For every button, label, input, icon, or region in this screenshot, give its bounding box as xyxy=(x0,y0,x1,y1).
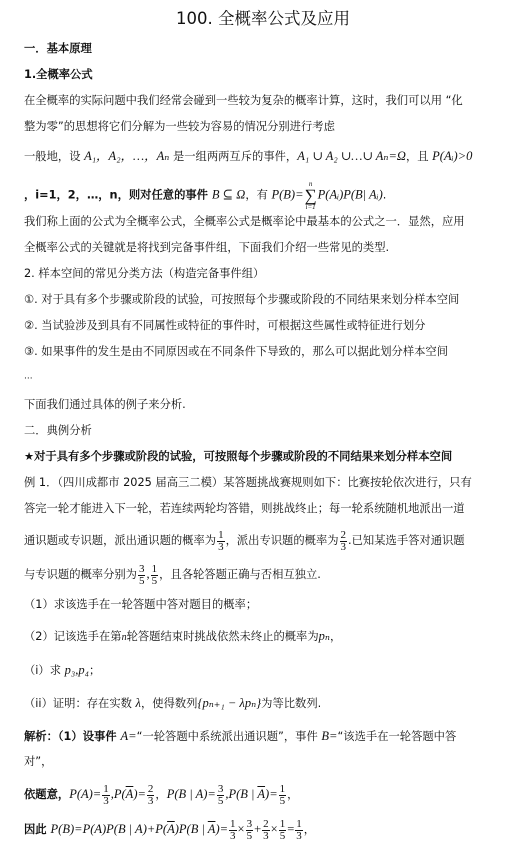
text: ，且 xyxy=(406,150,432,163)
text: ， xyxy=(287,788,298,801)
fraction: 23 xyxy=(147,784,155,807)
text: ， xyxy=(330,630,341,643)
star-heading: ★对于具有多个步骤或阶段的试验，可按照每个步骤或阶段的不同结果来划分样本空间 xyxy=(24,450,452,464)
numerator: 1 xyxy=(229,819,237,831)
solution-line-2: 对”， xyxy=(24,755,52,769)
numerator: 2 xyxy=(340,530,348,542)
denominator: 5 xyxy=(151,576,159,587)
denominator: 5 xyxy=(138,576,146,587)
subheading-total-probability: 1.全概率公式 xyxy=(24,68,93,82)
numerator: 2 xyxy=(262,819,270,831)
fraction: 35 xyxy=(246,819,254,842)
text: ，i=1，2，…，n，则对任意的事件 xyxy=(24,189,212,202)
math-event-A: A= xyxy=(121,729,137,743)
text: 依题意， xyxy=(24,788,69,801)
denominator: 3 xyxy=(217,542,225,553)
text: “一轮答题中系统派出通识题”，事件 xyxy=(137,730,322,743)
text: 是一组两两互斥的事件， xyxy=(169,150,297,163)
denominator: 3 xyxy=(295,831,303,842)
numerator: 3 xyxy=(217,784,225,796)
text: ，使得数列 xyxy=(141,697,198,710)
math-p3-p4: p₃,p₄ xyxy=(65,663,89,677)
math-A-complement: A xyxy=(167,822,175,836)
text: 与专识题的概率分别为 xyxy=(24,568,137,581)
text: .已知某选手答对通识题 xyxy=(348,534,465,547)
times: × xyxy=(238,822,245,836)
text: 为等比数列. xyxy=(261,697,321,710)
example1-line-2: 答完一轮才能进入下一轮，若连续两轮均答错，则挑战终止；每一轮系统随机地派出一道 xyxy=(24,502,465,516)
math-events: A₁，A₂，…，Aₙ xyxy=(84,149,169,163)
question-2-ii: （ii）证明：存在实数 λ，使得数列{pₙ₊₁ − λpₙ}为等比数列. xyxy=(24,696,321,711)
text: 因此 xyxy=(24,823,51,836)
math: ,P(B | xyxy=(225,787,257,801)
math-pn: pₙ xyxy=(319,629,330,643)
denominator: 3 xyxy=(262,831,270,842)
question-2: （2）记该选手在第n轮答题结束时挑战依然未终止的概率为pₙ， xyxy=(24,629,341,645)
general-statement: 一般地，设 A₁，A₂，…，Aₙ 是一组两两互斥的事件，A₁ ∪ A₂ ∪…∪ … xyxy=(24,149,472,164)
math-union: A₁ ∪ A₂ ∪…∪ Aₙ=Ω xyxy=(297,149,406,163)
fraction: 13 xyxy=(217,530,225,553)
question-1: （1）求该选手在一轮答题中答对题目的概率； xyxy=(24,598,257,612)
denominator: 3 xyxy=(229,831,237,842)
math: )= xyxy=(215,822,228,836)
fraction: 13 xyxy=(102,784,110,807)
math: ,P( xyxy=(111,787,126,801)
equals: = xyxy=(287,822,294,836)
math: )P(B | xyxy=(175,822,208,836)
transition-text: 下面我们通过具体的例子来分析. xyxy=(24,398,186,412)
numerator: 1 xyxy=(279,784,287,796)
text: “该选手在一轮答题中答 xyxy=(337,730,456,743)
text: ，派出专识题的概率为 xyxy=(226,534,339,547)
explain-line-1: 我们称上面的公式为全概率公式，全概率公式是概率论中最基本的公式之一．显然，应用 xyxy=(24,215,465,229)
text: ； xyxy=(89,664,100,677)
times: × xyxy=(271,822,278,836)
text: ，有 xyxy=(245,189,271,202)
fraction: 23 xyxy=(262,819,270,842)
math: )= xyxy=(133,787,146,801)
text: . xyxy=(383,189,387,202)
text: （2）记该选手在第 xyxy=(24,630,122,643)
method-3: ③. 如果事件的发生是由不同原因或在不同条件下导致的，那么可以据此划分样本空间 xyxy=(24,345,448,359)
solution-line-3: 依题意，P(A)=13,P(A)=23，P(B | A)=35,P(B | A)… xyxy=(24,781,298,808)
numerator: 2 xyxy=(147,784,155,796)
denominator: 5 xyxy=(217,796,225,807)
text: （ii）证明：存在实数 xyxy=(24,697,136,710)
example1-line-1: 例 1．（四川成都市 2025 届高三二模）某答题挑战赛规则如下：比赛按轮依次进… xyxy=(24,476,472,490)
numerator: 1 xyxy=(151,564,159,576)
intro-line-2: 整为零”的思想将它们分解为一些较为容易的情况分别进行考虑 xyxy=(24,120,335,134)
denominator: 3 xyxy=(147,796,155,807)
section-heading-basic-principles: 一．基本原理 xyxy=(24,42,92,56)
example1-line-3: 通识题或专识题，派出通识题的概率为13，派出专识题的概率为23.已知某选手答对通… xyxy=(24,528,465,554)
intro-line-1: 在全概率的实际问题中我们经常会碰到一些较为复杂的概率计算，这时，我们可以用 “化 xyxy=(24,94,463,108)
solution-line-4: 因此 P(B)=P(A)P(B | A)+P(A)P(B | A)=13×35+… xyxy=(24,816,315,843)
total-probability-formula: ，i=1，2，…，n，则对任意的事件 B ⊆ Ω，有 P(B)=n∑i=1P(A… xyxy=(24,180,386,211)
numerator: 3 xyxy=(138,564,146,576)
subheading-sample-space-methods: 2. 样本空间的常见分类方法（构造完备事件组） xyxy=(24,267,264,281)
fraction: 35 xyxy=(217,784,225,807)
section-heading-examples: 二．典例分析 xyxy=(24,424,92,438)
text: 轮答题结束时挑战依然未终止的概率为 xyxy=(127,630,319,643)
numerator: 1 xyxy=(217,530,225,542)
solution-line-1: 解析：（1）设事件 A=“一轮答题中系统派出通识题”，事件 B=“该选手在一轮答… xyxy=(24,729,456,744)
text: （i）求 xyxy=(24,664,65,677)
math: P(B | A)= xyxy=(167,787,216,801)
text: ，且各轮答题正确与否相互独立. xyxy=(159,568,321,581)
fraction: 13 xyxy=(295,819,303,842)
page-title: 100. 全概率公式及应用 xyxy=(0,9,526,29)
denominator: 5 xyxy=(279,831,287,842)
text: 一般地，设 xyxy=(24,150,84,163)
math: P(B)=P(A)P(B | A)+P( xyxy=(51,822,168,836)
math-sequence: {pₙ₊₁ − λpₙ} xyxy=(197,696,261,710)
explain-line-2: 全概率公式的关键就是将找到完备事件组，下面我们介绍一些常见的类型. xyxy=(24,241,389,255)
plus: + xyxy=(254,822,261,836)
numerator: 1 xyxy=(279,819,287,831)
math-event-B: B= xyxy=(321,729,337,743)
denominator: 5 xyxy=(246,831,254,842)
numerator: 1 xyxy=(102,784,110,796)
question-2-i: （i）求 p₃,p₄； xyxy=(24,663,100,678)
comma: , xyxy=(146,567,149,581)
fraction: 15 xyxy=(279,819,287,842)
example1-line-4: 与专识题的概率分别为35,15，且各轮答题正确与否相互独立. xyxy=(24,561,321,588)
fraction: 23 xyxy=(340,530,348,553)
fraction: 13 xyxy=(229,819,237,842)
method-2: ②. 当试验涉及到具有不同属性或特征的事件时，可根据这些属性或特征进行划分 xyxy=(24,319,425,333)
math: P(A)= xyxy=(69,787,101,801)
text: 通识题或专识题，派出通识题的概率为 xyxy=(24,534,216,547)
method-1: ①. 对于具有多个步骤或阶段的试验，可按照每个步骤或阶段的不同结果来划分样本空间 xyxy=(24,293,459,307)
numerator: 1 xyxy=(295,819,303,831)
math-lhs: P(B)= xyxy=(272,188,304,202)
fraction: 15 xyxy=(151,564,159,587)
denominator: 5 xyxy=(279,796,287,807)
sum-lower: i=1 xyxy=(306,203,316,211)
math: )= xyxy=(265,787,278,801)
math-subset: B ⊆ Ω xyxy=(212,188,245,202)
text: 解析：（1）设事件 xyxy=(24,730,121,743)
denominator: 3 xyxy=(102,796,110,807)
summation-symbol: n∑i=1 xyxy=(305,180,317,211)
fraction: 35 xyxy=(138,564,146,587)
math-A-complement: A xyxy=(257,787,265,801)
denominator: 3 xyxy=(340,542,348,553)
text: ， xyxy=(155,788,166,801)
math-rhs: P(Aᵢ)P(B| Aᵢ) xyxy=(318,188,383,202)
fraction: 15 xyxy=(279,784,287,807)
math-positive-condition: P(Aᵢ)>0 xyxy=(432,149,472,163)
text: ， xyxy=(304,823,315,836)
numerator: 3 xyxy=(246,819,254,831)
ellipsis: ··· xyxy=(24,372,33,386)
